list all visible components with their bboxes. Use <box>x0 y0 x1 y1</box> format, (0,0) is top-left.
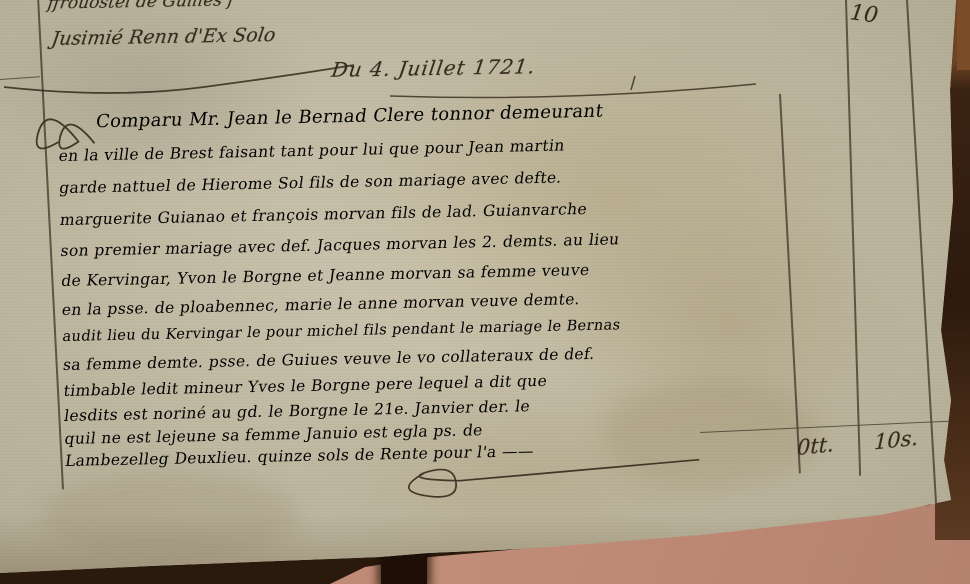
manuscript-line: sa femme demte. psse. de Guiues veuve le… <box>62 345 596 374</box>
fee-sols: 10s. <box>874 426 919 455</box>
photograph: ffrouostel de Guilles f Jusimié Renn d'E… <box>0 0 970 584</box>
manuscript-line: en la ville de Brest faisant tant pour l… <box>58 136 567 165</box>
book-cover-corner <box>957 0 970 70</box>
manuscript-line: audit lieu du Kervingar le pour michel f… <box>61 317 621 345</box>
closing-paraph <box>377 442 708 499</box>
manuscript-line: timbable ledit mineur Yves le Borgne per… <box>62 372 548 400</box>
record-body: Comparu Mr. Jean le Bernad Clere tonnor … <box>0 0 970 584</box>
manuscript-line: garde nattuel de Hierome Sol fils de son… <box>58 168 563 197</box>
manuscript-line: de Kervingar, Yvon le Borgne et Jeanne m… <box>60 261 591 290</box>
manuscript-line: en la psse. de ploabennec, marie le anne… <box>61 290 582 319</box>
manuscript-line: marguerite Guianao et françois morvan fi… <box>59 200 589 229</box>
fee-livres: 0tt. <box>797 432 835 460</box>
manuscript-line: Comparu Mr. Jean le Bernad Clere tonnor … <box>95 101 605 133</box>
manuscript-line: son premier mariage avec def. Jacques mo… <box>60 230 621 260</box>
register-page: ffrouostel de Guilles f Jusimié Renn d'E… <box>0 0 970 584</box>
